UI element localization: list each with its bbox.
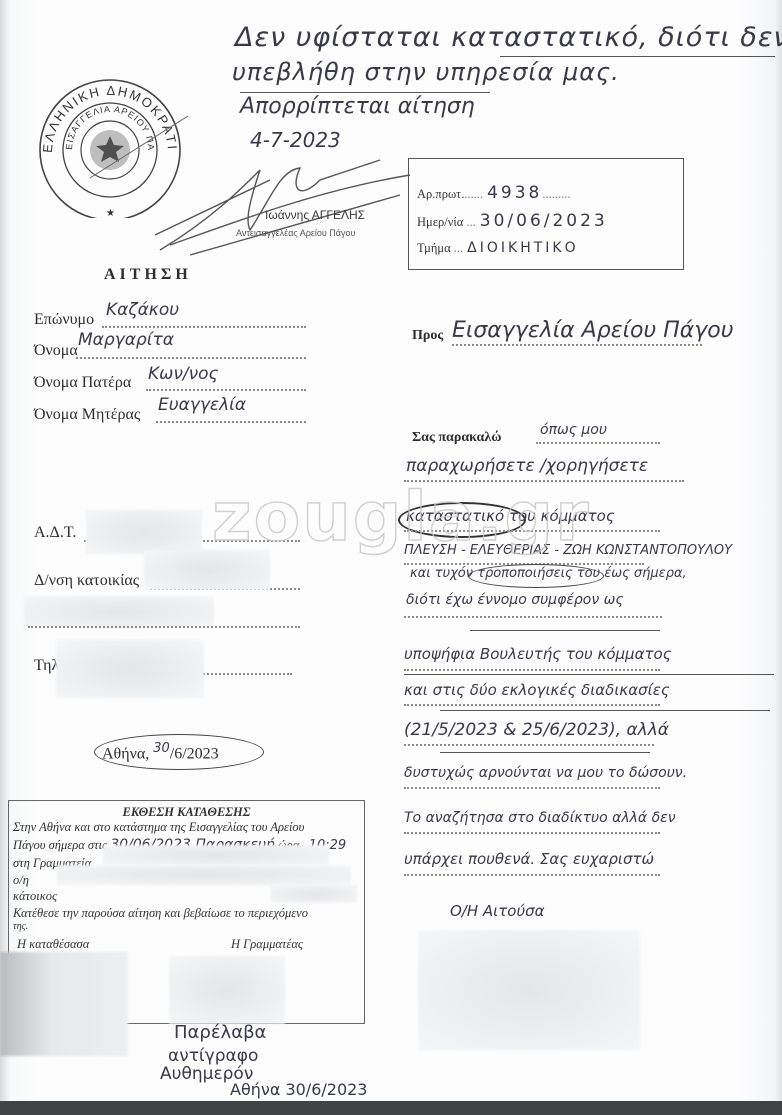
redacted-applicant-signature	[418, 930, 640, 1050]
redacted-clerk	[103, 845, 329, 865]
surname-label: Επώνυμο	[34, 311, 94, 329]
form-title: ΑΙΤΗΣΗ	[104, 266, 192, 284]
protocol-number-value: 4938	[487, 183, 542, 203]
zougla-watermark: zougla.gr	[212, 478, 591, 557]
letter-underline	[440, 752, 650, 753]
letter-dotted-line	[404, 787, 660, 789]
protocol-department-value: ΔΙΟΙΚΗΤΙΚΟ	[467, 240, 578, 256]
letter-dotted-line	[404, 704, 660, 706]
protocol-department-label: Τμήμα	[417, 241, 451, 255]
signatory-role: Αντεισαγγελέας Αρείου Πάγου	[236, 228, 355, 238]
father-name-value: Κων/νος	[148, 364, 218, 384]
letter-line-6: διότι έχω έννομο συμφέρον ως	[406, 592, 624, 608]
protocol-number-label: Αρ.πρωτ.	[417, 187, 464, 201]
viewer-bottom-bar	[0, 1101, 782, 1115]
circled-phrase	[468, 564, 604, 588]
letter-line-2: παραχωρήσετε /χορηγήσετε	[406, 456, 648, 476]
letter-underline	[440, 710, 770, 711]
scanned-document-page: Δεν υφίσταται καταστατικό, διότι δεν υπε…	[0, 0, 782, 1101]
deposit-line-1: Στην Αθήνα και στο κατάστημα της Εισαγγε…	[13, 820, 304, 835]
recipient-dotted-line	[452, 344, 702, 346]
letter-line-1: όπως μου	[540, 422, 607, 438]
redacted-phone	[56, 640, 204, 698]
signoff: Ο/Η Αιτούσα	[450, 902, 545, 921]
first-name-dotted-line	[76, 357, 306, 359]
letter-dotted-line	[404, 832, 660, 834]
first-name-value: Μαργαρίτα	[78, 330, 174, 350]
deposit-line-2-prefix: Πάγου σήμερα στις	[13, 838, 107, 852]
place-date-day: 30	[153, 741, 170, 756]
redacted-address-line-2	[24, 596, 214, 628]
protocol-date-value: 30/06/2023	[480, 211, 608, 231]
place-date-prefix: Αθήνα,	[102, 745, 149, 762]
letter-line-12: υπάρχει πουθενά. Σας ευχαριστώ	[404, 850, 654, 868]
deposit-report-title: ΕΚΘΕΣΗ ΚΑΤΑΘΕΣΗΣ	[9, 805, 364, 820]
letter-underline	[404, 674, 774, 675]
deposit-line-4: ο/η	[13, 873, 29, 888]
letter-line-8: και στις δύο εκλογικές διαδικασίες	[404, 681, 670, 699]
letter-underline	[470, 630, 660, 631]
rejection-note-date: 4-7-2023	[250, 128, 341, 152]
letter-dotted-line	[536, 442, 660, 444]
place-date-rest: /6/2023	[170, 745, 219, 762]
svg-text:★: ★	[106, 208, 115, 218]
protocol-date-row: Ημερ/νία ... 30/06/2023	[417, 211, 608, 231]
receipt-line-1: Παρέλαβα	[174, 1022, 266, 1043]
rejection-note-line-2: υπεβλήθη στην υπηρεσία μας.	[232, 58, 620, 86]
letter-line-10: δυστυχώς αρνούνται να μου το δώσουν.	[404, 765, 687, 781]
protocol-department-row: Τμήμα ... ΔΙΟΙΚΗΤΙΚΟ	[417, 239, 579, 257]
rejection-note-line-1: Δεν υφίσταται καταστατικό, διότι δεν	[235, 22, 782, 53]
surname-dotted-line	[102, 326, 306, 328]
redacted-clerk-signature	[169, 956, 285, 1024]
note-underline	[240, 92, 490, 93]
signature-scribble-icon	[150, 150, 420, 260]
mother-name-label: Όνομα Μητέρας	[34, 406, 140, 424]
address-line-2-dotted	[28, 626, 300, 628]
deposit-line-6: Κατέθεσε την παρούσα αίτηση και βεβαίωσε…	[13, 906, 308, 921]
recipient-label: Προς	[412, 328, 443, 344]
id-card-label: Α.Δ.Τ.	[34, 524, 76, 542]
clerk-label: Η Γραμματέας	[231, 937, 303, 952]
redacted-depositor	[57, 865, 351, 885]
letter-dotted-line	[404, 744, 654, 746]
letter-dotted-line	[404, 874, 660, 876]
receipt-line-4: Αθήνα 30/6/2023	[230, 1080, 367, 1099]
signatory-name: Ιωάννης ΑΓΓΕΛΗΣ	[265, 208, 365, 222]
note-underline	[500, 56, 775, 57]
deposit-line-7: της.	[13, 921, 28, 932]
depositor-label: Η καταθέσασα	[17, 937, 89, 952]
rejection-note-line-3: Απορρίπτεται αίτηση	[240, 94, 475, 119]
redacted-id-card	[86, 510, 202, 554]
receipt-line-2: αντίγραφο	[168, 1046, 258, 1066]
address-label: Δ/νση κατοικίας	[34, 572, 139, 590]
letter-line-7: υποψήφια Βουλευτής του κόμματος	[404, 645, 672, 663]
protocol-stamp-box: Αρ.πρωτ....... 4938......... Ημερ/νία ..…	[408, 158, 684, 270]
surname-value: Καζάκου	[106, 300, 179, 320]
first-name-label: Όνομα	[34, 342, 78, 360]
protocol-date-label: Ημερ/νία	[417, 215, 463, 229]
mother-name-dotted-line	[156, 421, 306, 423]
father-name-dotted-line	[146, 389, 306, 391]
recipient-value: Εισαγγελία Αρείου Πάγου	[452, 318, 733, 343]
mother-name-value: Ευαγγελία	[158, 395, 246, 415]
father-name-label: Όνομα Πατέρα	[34, 374, 131, 392]
redacted-depositor-signature	[0, 952, 128, 1056]
letter-line-11: Το αναζήτησα στο διαδίκτυο αλλά δεν	[404, 810, 676, 826]
deposit-line-5: κάτοικος	[13, 889, 57, 904]
signoff-value: ούσα	[507, 902, 544, 920]
letter-dotted-line	[404, 616, 662, 618]
protocol-number-row: Αρ.πρωτ....... 4938.........	[417, 183, 570, 203]
request-label: Σας παρακαλώ	[412, 430, 501, 446]
signoff-label: Ο/Η Αιτ	[450, 902, 507, 920]
redacted-id	[271, 885, 357, 903]
letter-dotted-line	[404, 669, 660, 671]
letter-line-9: (21/5/2023 & 25/6/2023), αλλά	[404, 720, 669, 740]
place-date: Αθήνα, 30/6/2023	[102, 741, 219, 763]
